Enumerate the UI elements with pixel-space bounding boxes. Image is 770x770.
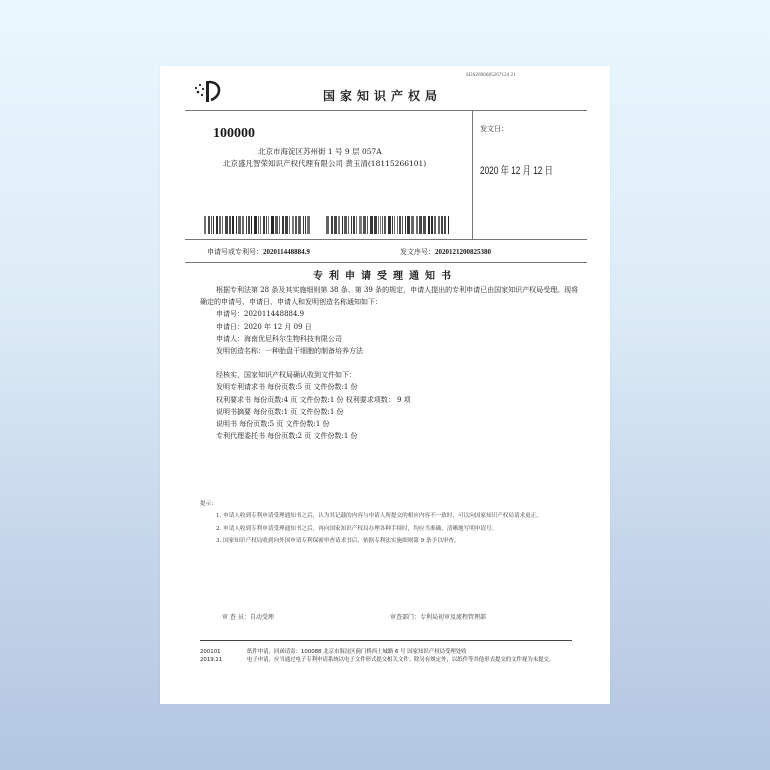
info-field: 申请号：202011448884.9: [200, 308, 580, 320]
issue-date-label: 发文日：: [480, 124, 508, 134]
department-line: 审查部门：专利局初审及流程管理部: [390, 612, 486, 621]
title-divider: [185, 262, 587, 263]
examiner: 自动受理: [250, 614, 274, 621]
cnipa-logo-icon: [192, 78, 226, 104]
header-divider: [185, 110, 587, 111]
received-file-item: 权利要求书 每份页数:4 页 文件份数:1 份 权利要求项数： 9 项: [200, 394, 580, 406]
footer-notes: 200101纸件申请，回函请寄：100088 北京市海淀区蓟门桥西土城路 6 号…: [200, 648, 572, 664]
hint-item: 1. 申请人收到专利申请受理通知书之后，认为其记载的内容与申请人所提交的相应内容…: [200, 510, 580, 522]
notice-body: 根据专利法第 28 条及其实施细则第 38 条、第 39 条的规定，申请人提出的…: [200, 284, 580, 442]
received-intro: 经核实，国家知识产权局确认收到文件如下：: [200, 369, 580, 381]
received-file-item: 说明书摘要 每份页数:1 页 文件份数:1 份: [200, 406, 580, 418]
barcode: [204, 216, 312, 234]
notice-title: 专利申请受理通知书: [160, 267, 610, 282]
info-field: 申请日：2020 年 12 月 09 日: [200, 321, 580, 333]
footer-text: 电子申请，应当通过电子专利申请系统以电子文件形式提交相关文件。除另有规定外，以纸…: [247, 656, 554, 664]
intro-paragraph: 根据专利法第 28 条及其实施细则第 38 条、第 39 条的规定，申请人提出的…: [200, 284, 580, 308]
issue-date: 2020 年 12 月 12 日: [480, 162, 553, 178]
application-number-label: 申请号或专利号：: [207, 248, 263, 256]
footer-row: 2019.11电子申请，应当通过电子专利申请系统以电子文件形式提交相关文件。除另…: [200, 656, 572, 664]
doc-serial-label: 发文序号：: [400, 248, 435, 256]
agency-name: 国家知识产权局: [323, 87, 442, 104]
received-file-item: 发明专利请求书 每份页数:5 页 文件份数:1 份: [200, 381, 580, 393]
barcode-divider: [185, 239, 587, 240]
footer-row: 200101纸件申请，回函请寄：100088 北京市海淀区蓟门桥西土城路 6 号…: [200, 648, 572, 656]
doc-serial: 2020121200825380: [435, 248, 491, 256]
application-number-line: 申请号或专利号：202011448884.9: [207, 247, 310, 257]
hints-label: 提示：: [200, 498, 580, 510]
hint-item: 2. 申请人收到专利申请受理通知书之后，再向国家知识产权局办理各种手续时，均应当…: [200, 523, 580, 535]
info-field: 发明创造名称：一种胎盘干细胞的制备培养方法: [200, 345, 580, 357]
examiner-label: 审 查 员：: [222, 614, 250, 621]
footer-code: 200101: [200, 648, 247, 656]
recipient-postcode: 100000: [213, 126, 255, 142]
footer-text: 纸件申请，回函请寄：100088 北京市海淀区蓟门桥西土城路 6 号 国家知识产…: [247, 648, 467, 656]
footer-divider: [200, 640, 572, 641]
info-field: 申请人：海南优尼科尔生物科技有限公司: [200, 333, 580, 345]
received-file-item: 专利代理委托书 每份页数:2 页 文件份数:1 份: [200, 430, 580, 442]
footer-code: 2019.11: [200, 656, 247, 664]
notice-document: SDS2690685267124 21 国家知识产权局 100000 北京市海淀…: [160, 66, 610, 704]
application-number: 202011448884.9: [263, 248, 310, 256]
received-file-item: 说明书 每份页数:5 页 文件份数:1 份: [200, 418, 580, 430]
hints-section: 提示： 1. 申请人收到专利申请受理通知书之后，认为其记载的内容与申请人所提交的…: [200, 498, 580, 547]
document-serial: SDS2690685267124 21: [466, 73, 516, 78]
recipient-address: 北京市海淀区苏州街 1 号 9 层 057A: [258, 146, 382, 157]
hint-item: 3. 国家知识产权局收到向外国申请专利保密审查请求书后，依据专利法实施细则第 9…: [200, 535, 580, 547]
recipient-agent: 北京盛凡智荣知识产权代理有限公司 黄玉清(18115266101): [223, 158, 426, 169]
examiner-line: 审 查 员：自动受理: [222, 612, 274, 621]
barcode: [326, 216, 450, 234]
department-label: 审查部门：: [390, 614, 420, 621]
doc-serial-line: 发文序号：2020121200825380: [400, 247, 491, 257]
department: 专利局初审及流程管理部: [420, 614, 486, 621]
column-divider: [472, 110, 473, 239]
